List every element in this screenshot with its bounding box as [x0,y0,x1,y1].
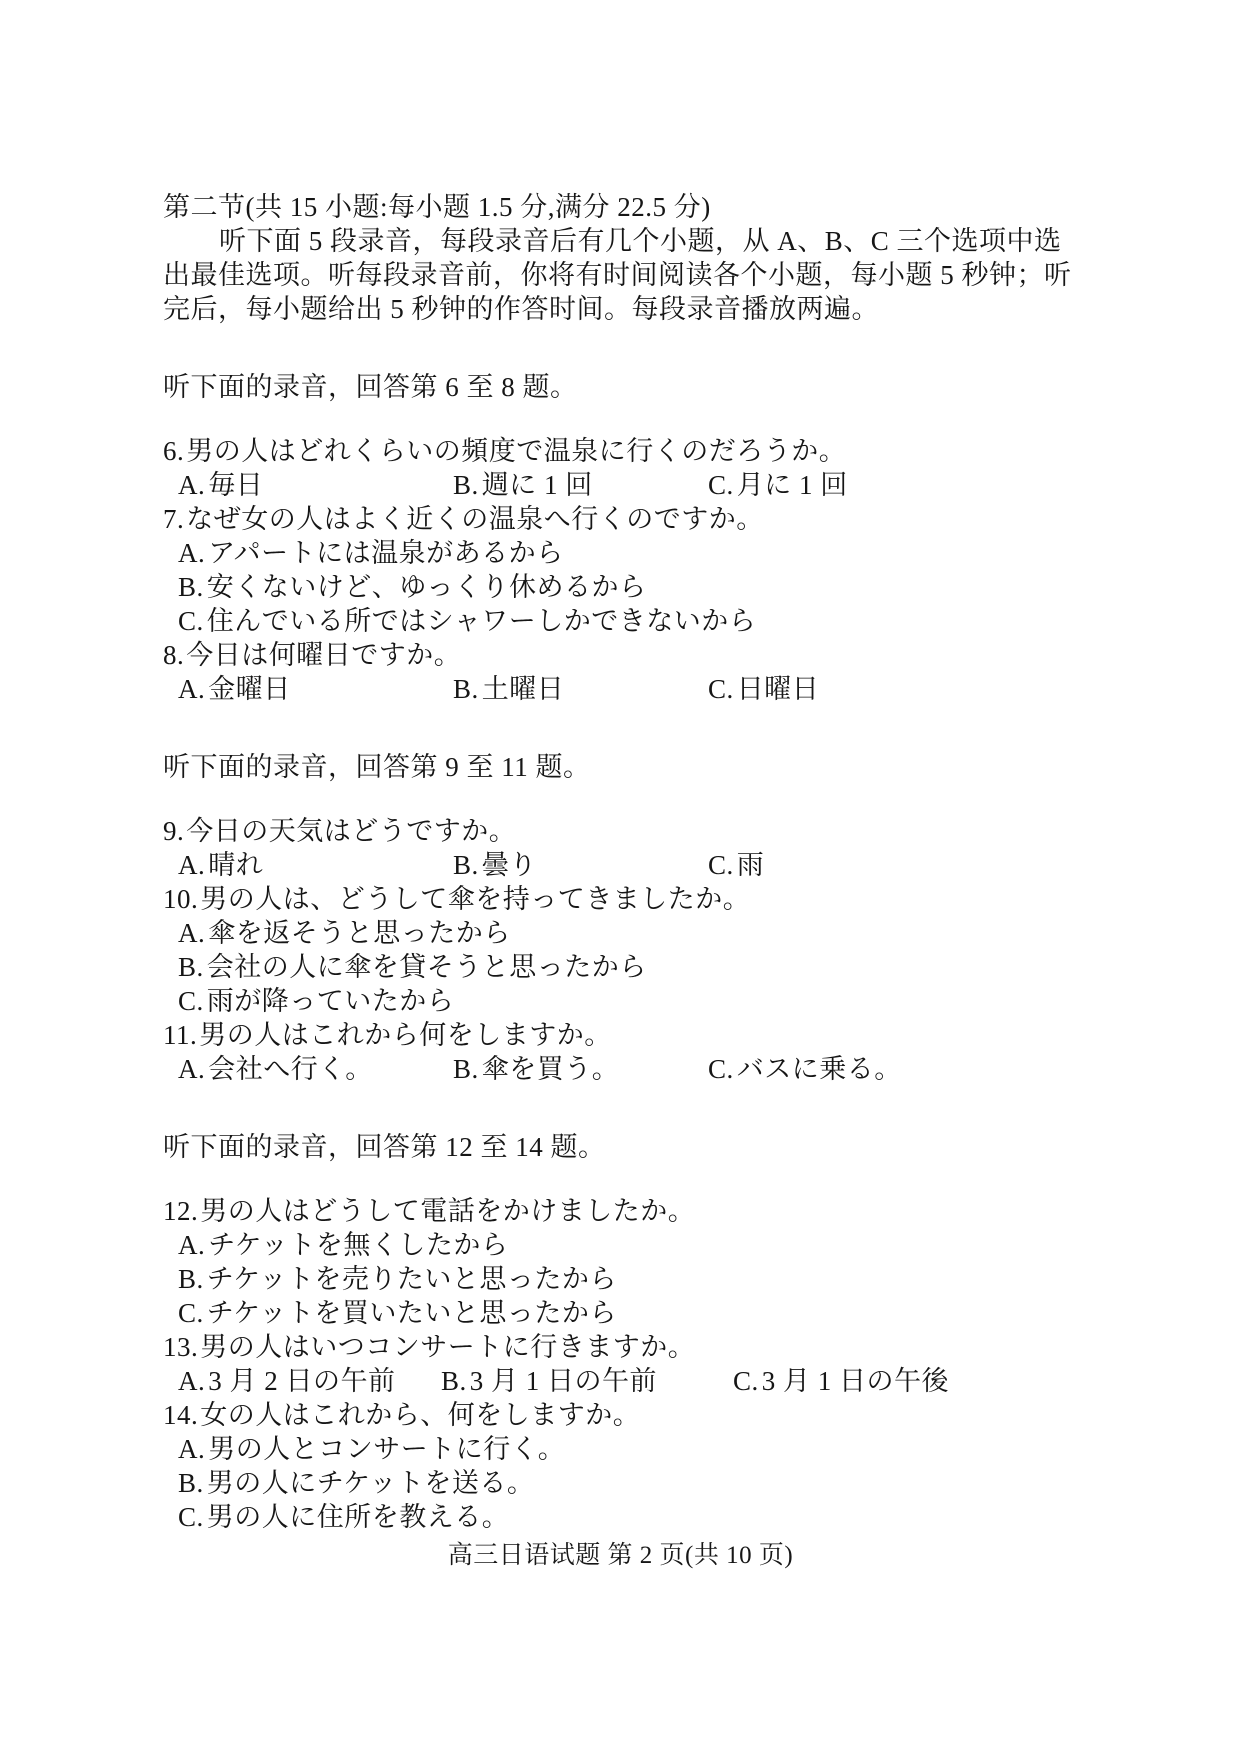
option-text: 雨 [737,850,765,880]
option-text: 3 月 1 日の午前 [470,1366,657,1396]
question-line: 7.なぜ女の人はよく近くの温泉へ行くのですか。 [163,502,1085,536]
option-text: 雨が降っていたから [207,986,455,1016]
option-A: A.晴れ [178,848,263,882]
option-A: A.金曜日 [178,672,291,706]
option-B: B.チケットを売りたいと思ったから [163,1262,1085,1296]
page-content: 第二节(共 15 小题:每小题 1.5 分,满分 22.5 分) 听下面 5 段… [163,190,1085,1534]
question-14: 14.女の人はこれから、何をしますか。A.男の人とコンサートに行く。B.男の人に… [163,1398,1085,1534]
option-label: A. [178,1366,205,1396]
option-text: 週に 1 回 [482,470,593,500]
option-text: 3 月 1 日の午後 [762,1366,949,1396]
question-11: 11.男の人はこれから何をしますか。A.会社へ行く。B.傘を買う。C.バスに乗る… [163,1018,1085,1086]
option-label: B. [453,674,479,704]
option-B: B.傘を買う。 [453,1052,619,1086]
option-text: 金曜日 [208,674,291,704]
option-label: B. [453,1054,479,1084]
question-9: 9.今日の天気はどうですか。A.晴れB.曇りC.雨 [163,814,1085,882]
option-label: A. [178,1054,205,1084]
option-text: 安くないけど、ゆっくり休めるから [207,572,647,602]
page-footer: 高三日语试题 第 2 页(共 10 页) [0,1541,1241,1571]
option-label: B. [178,952,204,982]
question-sections: 听下面的录音，回答第 6 至 8 题。6.男の人はどれくらいの頻度で温泉に行くの… [163,370,1085,1534]
question-7: 7.なぜ女の人はよく近くの温泉へ行くのですか。A.アパートには温泉があるからB.… [163,502,1085,638]
option-A: A.3 月 2 日の午前 [178,1364,396,1398]
option-A: A.男の人とコンサートに行く。 [163,1432,1085,1466]
option-label: B. [453,850,479,880]
option-C: C.住んでいる所ではシャワーしかできないから [163,604,1085,638]
option-C: C.雨 [708,848,764,882]
options-row: A.会社へ行く。B.傘を買う。C.バスに乗る。 [163,1052,1085,1086]
option-C: C.チケットを買いたいと思ったから [163,1296,1085,1330]
question-line: 8.今日は何曜日ですか。 [163,638,1085,672]
option-text: チケットを無くしたから [208,1230,508,1260]
option-C: C.雨が降っていたから [163,984,1085,1018]
option-text: 男の人とコンサートに行く。 [208,1434,565,1464]
option-text: 傘を買う。 [482,1054,620,1084]
option-text: 住んでいる所ではシャワーしかできないから [207,606,756,636]
option-text: 会社へ行く。 [208,1054,372,1084]
option-label: A. [178,850,205,880]
option-text: 男の人にチケットを送る。 [207,1468,535,1498]
option-text: 曇り [482,850,537,880]
section-prompt: 听下面的录音，回答第 6 至 8 题。 [163,370,1085,404]
option-label: B. [178,572,204,602]
question-number: 8. [163,640,184,670]
option-label: A. [178,1434,205,1464]
option-text: 土曜日 [482,674,565,704]
question-number: 14. [163,1400,198,1430]
question-line: 11.男の人はこれから何をしますか。 [163,1018,1085,1052]
question-line: 12.男の人はどうして電話をかけましたか。 [163,1194,1085,1228]
option-label: C. [178,1298,204,1328]
options-row: A.3 月 2 日の午前B.3 月 1 日の午前C.3 月 1 日の午後 [163,1364,1085,1398]
audio-section: 听下面的录音，回答第 6 至 8 题。6.男の人はどれくらいの頻度で温泉に行くの… [163,370,1085,706]
option-C: C.バスに乗る。 [708,1052,902,1086]
option-label: C. [178,606,204,636]
option-text: 日曜日 [737,674,820,704]
option-B: B.土曜日 [453,672,564,706]
question-6: 6.男の人はどれくらいの頻度で温泉に行くのだろうか。A.毎日B.週に 1 回C.… [163,434,1085,502]
question-text: 男の人はどれくらいの頻度で温泉に行くのだろうか。 [186,436,846,466]
question-line: 14.女の人はこれから、何をしますか。 [163,1398,1085,1432]
question-8: 8.今日は何曜日ですか。A.金曜日B.土曜日C.日曜日 [163,638,1085,706]
audio-section: 听下面的录音，回答第 12 至 14 题。12.男の人はどうして電話をかけました… [163,1130,1085,1534]
audio-section: 听下面的录音，回答第 9 至 11 题。9.今日の天気はどうですか。A.晴れB.… [163,750,1085,1086]
question-text: 女の人はこれから、何をしますか。 [200,1400,640,1430]
question-number: 10. [163,884,198,914]
question-number: 11. [163,1020,197,1050]
option-label: A. [178,918,205,948]
question-number: 12. [163,1196,198,1226]
option-label: A. [178,538,205,568]
question-text: 男の人はいつコンサートに行きますか。 [200,1332,695,1362]
question-text: 今日の天気はどうですか。 [186,816,516,846]
option-label: C. [178,986,204,1016]
question-line: 9.今日の天気はどうですか。 [163,814,1085,848]
option-text: 3 月 2 日の午前 [208,1366,395,1396]
option-B: B.週に 1 回 [453,468,593,502]
option-label: C. [708,674,734,704]
option-label: C. [708,1054,734,1084]
option-A: A.毎日 [178,468,263,502]
exam-page: 第二节(共 15 小题:每小题 1.5 分,满分 22.5 分) 听下面 5 段… [0,0,1241,1754]
option-label: C. [733,1366,759,1396]
option-label: A. [178,1230,205,1260]
instructions-paragraph: 听下面 5 段录音，每段录音后有几个小题，从 A、B、C 三个选项中选出最佳选项… [163,224,1085,326]
question-number: 7. [163,504,184,534]
option-text: アパートには温泉があるから [208,538,563,568]
section-prompt: 听下面的录音，回答第 12 至 14 题。 [163,1130,1085,1164]
option-label: A. [178,470,205,500]
question-13: 13.男の人はいつコンサートに行きますか。A.3 月 2 日の午前B.3 月 1… [163,1330,1085,1398]
option-B: B.曇り [453,848,537,882]
question-number: 13. [163,1332,198,1362]
option-label: B. [453,470,479,500]
option-label: B. [178,1264,204,1294]
option-B: B.男の人にチケットを送る。 [163,1466,1085,1500]
option-text: バスに乗る。 [737,1054,902,1084]
question-text: なぜ女の人はよく近くの温泉へ行くのですか。 [186,504,764,534]
question-text: 男の人はどうして電話をかけましたか。 [200,1196,695,1226]
option-A: A.会社へ行く。 [178,1052,373,1086]
question-text: 今日は何曜日ですか。 [186,640,461,670]
question-text: 男の人は、どうして傘を持ってきましたか。 [200,884,750,914]
option-text: 男の人に住所を教える。 [207,1502,510,1532]
option-A: A.チケットを無くしたから [163,1228,1085,1262]
question-text: 男の人はこれから何をしますか。 [199,1020,612,1050]
options-row: A.晴れB.曇りC.雨 [163,848,1085,882]
question-number: 6. [163,436,184,466]
option-label: B. [441,1366,467,1396]
section-header: 第二节(共 15 小题:每小题 1.5 分,满分 22.5 分) [163,190,1085,224]
question-line: 13.男の人はいつコンサートに行きますか。 [163,1330,1085,1364]
option-A: A.アパートには温泉があるから [163,536,1085,570]
option-C: C.男の人に住所を教える。 [163,1500,1085,1534]
option-text: 会社の人に傘を貸そうと思ったから [207,952,647,982]
option-text: チケットを買いたいと思ったから [207,1298,617,1328]
option-B: B.3 月 1 日の午前 [441,1364,657,1398]
section-prompt: 听下面的录音，回答第 9 至 11 题。 [163,750,1085,784]
option-label: B. [178,1468,204,1498]
option-text: 毎日 [208,470,263,500]
question-number: 9. [163,816,184,846]
option-A: A.傘を返そうと思ったから [163,916,1085,950]
option-text: 月に 1 回 [737,470,848,500]
option-B: B.安くないけど、ゆっくり休めるから [163,570,1085,604]
option-text: チケットを売りたいと思ったから [207,1264,617,1294]
option-C: C.3 月 1 日の午後 [733,1364,949,1398]
option-text: 傘を返そうと思ったから [208,918,511,948]
option-B: B.会社の人に傘を貸そうと思ったから [163,950,1085,984]
options-row: A.毎日B.週に 1 回C.月に 1 回 [163,468,1085,502]
option-C: C.日曜日 [708,672,819,706]
question-12: 12.男の人はどうして電話をかけましたか。A.チケットを無くしたからB.チケット… [163,1194,1085,1330]
question-line: 10.男の人は、どうして傘を持ってきましたか。 [163,882,1085,916]
option-label: C. [178,1502,204,1532]
option-text: 晴れ [208,850,263,880]
options-row: A.金曜日B.土曜日C.日曜日 [163,672,1085,706]
option-label: C. [708,850,734,880]
option-label: C. [708,470,734,500]
option-label: A. [178,674,205,704]
question-line: 6.男の人はどれくらいの頻度で温泉に行くのだろうか。 [163,434,1085,468]
option-C: C.月に 1 回 [708,468,848,502]
question-10: 10.男の人は、どうして傘を持ってきましたか。A.傘を返そうと思ったからB.会社… [163,882,1085,1018]
